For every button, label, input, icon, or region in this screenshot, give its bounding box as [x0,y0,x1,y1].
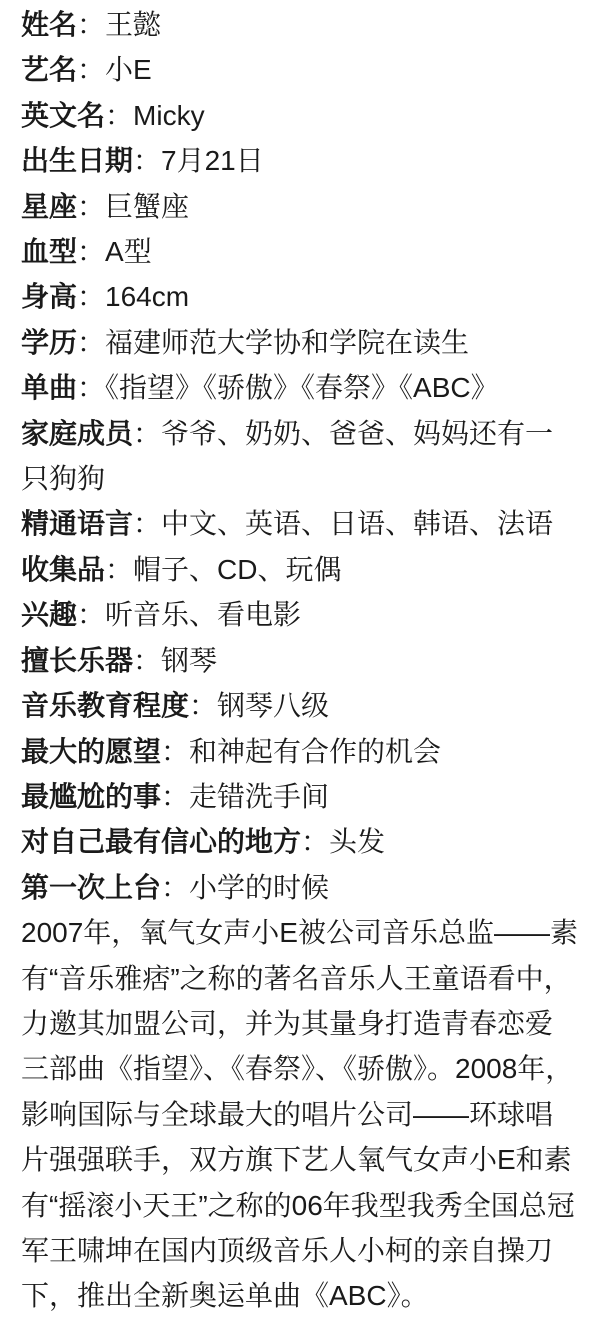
field-separator: ： [105,554,133,585]
field-label: 第一次上台 [21,872,161,903]
field-value: 《指望》《骄傲》《春祭》《ABC》 [105,372,499,403]
field-separator: ： [133,418,161,449]
profile-field: 家庭成员：爷爷、奶奶、爸爸、妈妈还有一只狗狗 [21,411,579,502]
profile-field: 星座：巨蟹座 [21,184,579,229]
field-label: 姓名 [21,9,77,40]
field-value: 听音乐、看电影 [105,599,301,630]
field-separator: ： [105,100,133,131]
field-label: 家庭成员 [21,418,133,449]
biography-paragraph: 2007年，氧气女声小E被公司音乐总监——素有“音乐雅痞”之称的著名音乐人王童语… [21,910,579,1317]
field-separator: ： [161,781,189,812]
field-separator: ： [161,736,189,767]
field-value: 小E [105,54,152,85]
field-separator: ： [77,327,105,358]
profile-field: 收集品：帽子、CD、玩偶 [21,547,579,592]
field-separator: ： [77,9,105,40]
profile-field: 音乐教育程度：钢琴八级 [21,683,579,728]
profile-field: 最大的愿望：和神起有合作的机会 [21,729,579,774]
field-value: 164cm [105,281,189,312]
field-label: 血型 [21,236,77,267]
field-value: 帽子、CD、玩偶 [133,554,341,585]
field-value: 福建师范大学协和学院在读生 [105,327,469,358]
field-separator: ： [133,145,161,176]
field-separator: ： [133,645,161,676]
field-label: 艺名 [21,54,77,85]
field-label: 音乐教育程度 [21,690,189,721]
field-separator: ： [301,826,329,857]
field-value: 小学的时候 [189,872,329,903]
profile-field: 第一次上台：小学的时候 [21,865,579,910]
field-separator: ： [77,281,105,312]
profile-field: 血型：A型 [21,229,579,274]
field-label: 擅长乐器 [21,645,133,676]
profile-field: 精通语言：中文、英语、日语、韩语、法语 [21,501,579,546]
field-value: 7月21日 [161,145,264,176]
field-separator: ： [133,508,161,539]
field-value: 走错洗手间 [189,781,329,812]
profile-field: 身高：164cm [21,274,579,319]
field-value: 中文、英语、日语、韩语、法语 [161,508,553,539]
field-separator: ： [161,872,189,903]
profile-field: 单曲：《指望》《骄傲》《春祭》《ABC》 [21,365,579,410]
field-separator: ： [77,191,105,222]
field-label: 对自己最有信心的地方 [21,826,301,857]
field-label: 星座 [21,191,77,222]
field-label: 学历 [21,327,77,358]
field-value: 和神起有合作的机会 [189,736,441,767]
field-value: 钢琴八级 [217,690,329,721]
field-value: 钢琴 [161,645,217,676]
field-label: 单曲 [21,372,77,403]
field-separator: ： [77,236,105,267]
field-separator: ： [77,599,105,630]
field-value: 王懿 [105,9,161,40]
field-value: 巨蟹座 [105,191,189,222]
field-separator: ： [189,690,217,721]
profile-page: 姓名：王懿 艺名：小E 英文名：Micky 出生日期：7月21日 星座：巨蟹座 … [0,0,600,1317]
field-label: 最尴尬的事 [21,781,161,812]
field-label: 精通语言 [21,508,133,539]
profile-field: 擅长乐器：钢琴 [21,638,579,683]
field-value: A型 [105,236,152,267]
field-label: 兴趣 [21,599,77,630]
profile-field: 对自己最有信心的地方：头发 [21,819,579,864]
field-value: Micky [133,100,205,131]
field-separator: ： [77,54,105,85]
field-label: 收集品 [21,554,105,585]
profile-field: 出生日期：7月21日 [21,138,579,183]
field-value: 头发 [329,826,385,857]
profile-list: 姓名：王懿 艺名：小E 英文名：Micky 出生日期：7月21日 星座：巨蟹座 … [21,2,579,910]
profile-field: 艺名：小E [21,47,579,92]
field-label: 身高 [21,281,77,312]
profile-field: 英文名：Micky [21,93,579,138]
field-label: 英文名 [21,100,105,131]
profile-field: 最尴尬的事：走错洗手间 [21,774,579,819]
profile-field: 兴趣：听音乐、看电影 [21,592,579,637]
profile-field: 学历：福建师范大学协和学院在读生 [21,320,579,365]
field-separator: ： [77,372,105,403]
field-label: 出生日期 [21,145,133,176]
profile-field: 姓名：王懿 [21,2,579,47]
field-label: 最大的愿望 [21,736,161,767]
